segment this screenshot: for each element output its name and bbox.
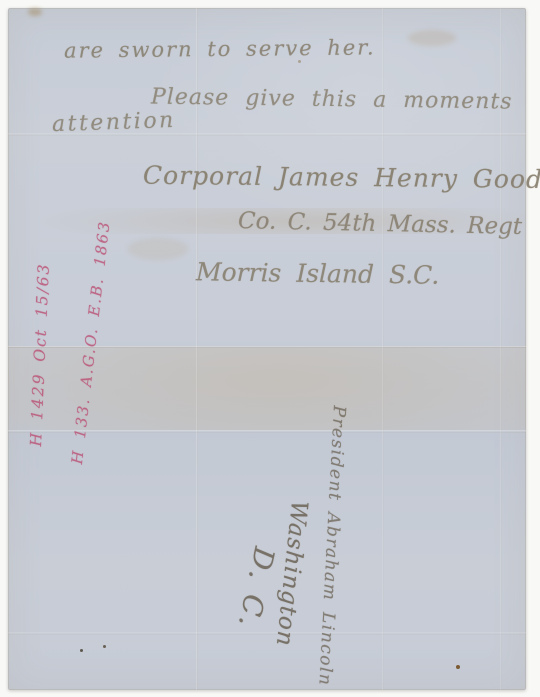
letter-page: are sworn to serve her. Please give this…: [8, 8, 526, 690]
place-line: Morris Island S.C.: [196, 257, 440, 289]
speck-bottom-right: [456, 665, 460, 669]
stain-mid-left: [128, 238, 188, 260]
address-recipient: President Abraham Lincoln: [314, 405, 349, 687]
docket-office-mark: H 133. A.G.O. E.B. 1863: [68, 219, 114, 465]
address-city: Washington: [271, 499, 312, 648]
stain-top-left: [28, 8, 42, 16]
docket-registry-number: H 1429 Oct 15/63: [27, 262, 53, 447]
speck-top-middle: [298, 60, 301, 63]
body-line-1: are sworn to serve her.: [64, 35, 376, 62]
speck-bottom-left-1: [80, 649, 83, 652]
vertical-crease-left: [196, 8, 198, 690]
regiment-line: Co. C. 54th Mass. Regt: [238, 208, 523, 240]
body-line-2: Please give this a moments: [151, 84, 513, 114]
body-line-3: attention: [52, 108, 177, 137]
signature-line: Corporal James Henry Gooding: [143, 161, 540, 195]
fold-crease-bottom: [8, 632, 526, 635]
stain-top-right: [408, 30, 456, 46]
speck-bottom-left-2: [103, 645, 106, 648]
